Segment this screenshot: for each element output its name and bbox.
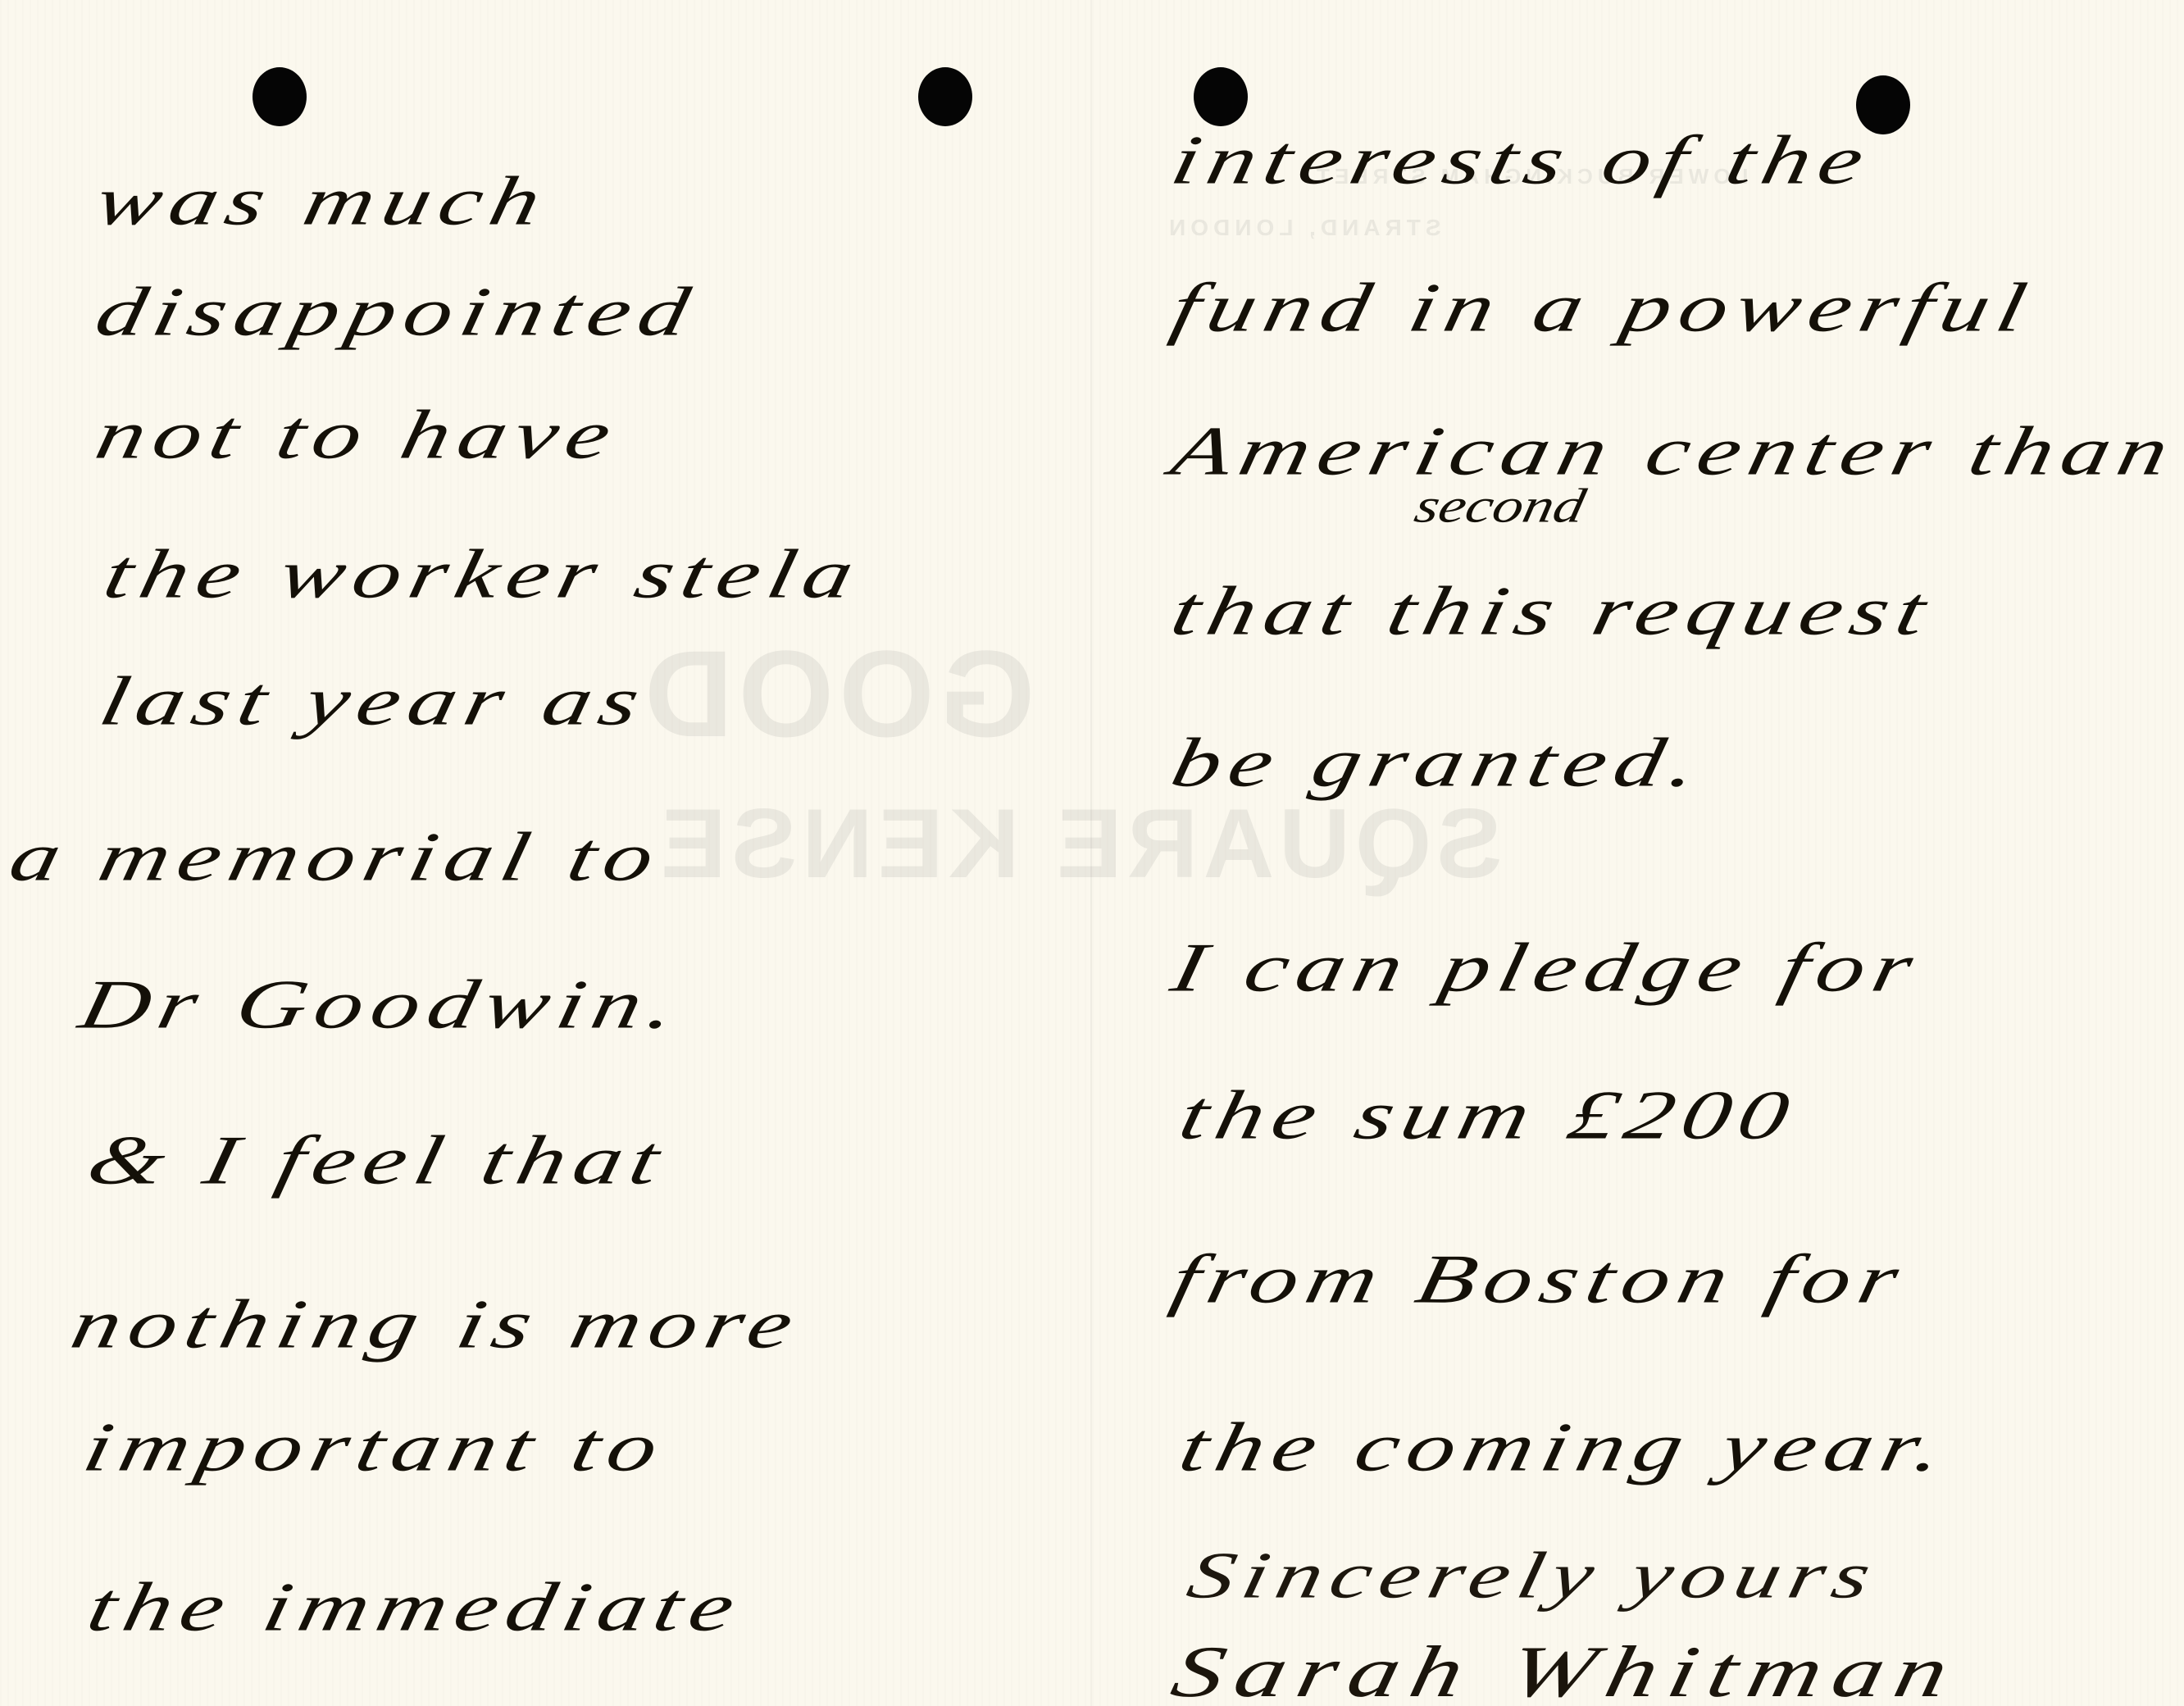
right-line-8: from Boston for — [1166, 1244, 1913, 1314]
closing-salutation: Sincerely yours — [1182, 1542, 1885, 1608]
left-line-6: a memorial to — [4, 822, 668, 892]
left-line-3: not to have — [90, 400, 625, 470]
right-line-5: be granted. — [1166, 728, 1712, 798]
inserted-word: second — [1410, 479, 1590, 535]
right-line-9: the coming year. — [1174, 1413, 1957, 1482]
left-line-2: disappointed — [90, 277, 703, 347]
left-line-4: the worker stela — [98, 539, 867, 609]
left-line-10: important to — [78, 1413, 672, 1482]
punch-hole-1 — [253, 67, 307, 126]
letterhead-showthrough-line-2: STRAND, LONDON — [1164, 215, 1441, 241]
letterhead-showthrough-large-2: SQUARE KENSE — [656, 787, 1502, 900]
left-line-9: nothing is more — [66, 1290, 807, 1359]
right-line-2: fund in a powerful — [1166, 273, 2041, 343]
right-line-3: American center than — [1166, 416, 2182, 486]
right-line-6: I can pledge for — [1166, 933, 1927, 1003]
punch-hole-2 — [918, 67, 972, 126]
left-line-8: & I feel that — [82, 1126, 674, 1195]
right-line-4: that this request — [1166, 576, 1940, 646]
signature: Sarah Whitman — [1166, 1635, 1966, 1706]
right-line-7: the sum £200 — [1174, 1080, 1803, 1150]
left-line-5: last year as — [94, 666, 653, 736]
punch-hole-3 — [1194, 67, 1248, 126]
left-line-1: was much — [90, 166, 555, 236]
right-line-1: interests of the — [1166, 125, 1877, 195]
left-line-7: Dr Goodwin. — [74, 970, 689, 1040]
letterhead-showthrough-large-1: GOOD — [639, 623, 1035, 765]
left-line-11: the immediate — [82, 1572, 748, 1642]
